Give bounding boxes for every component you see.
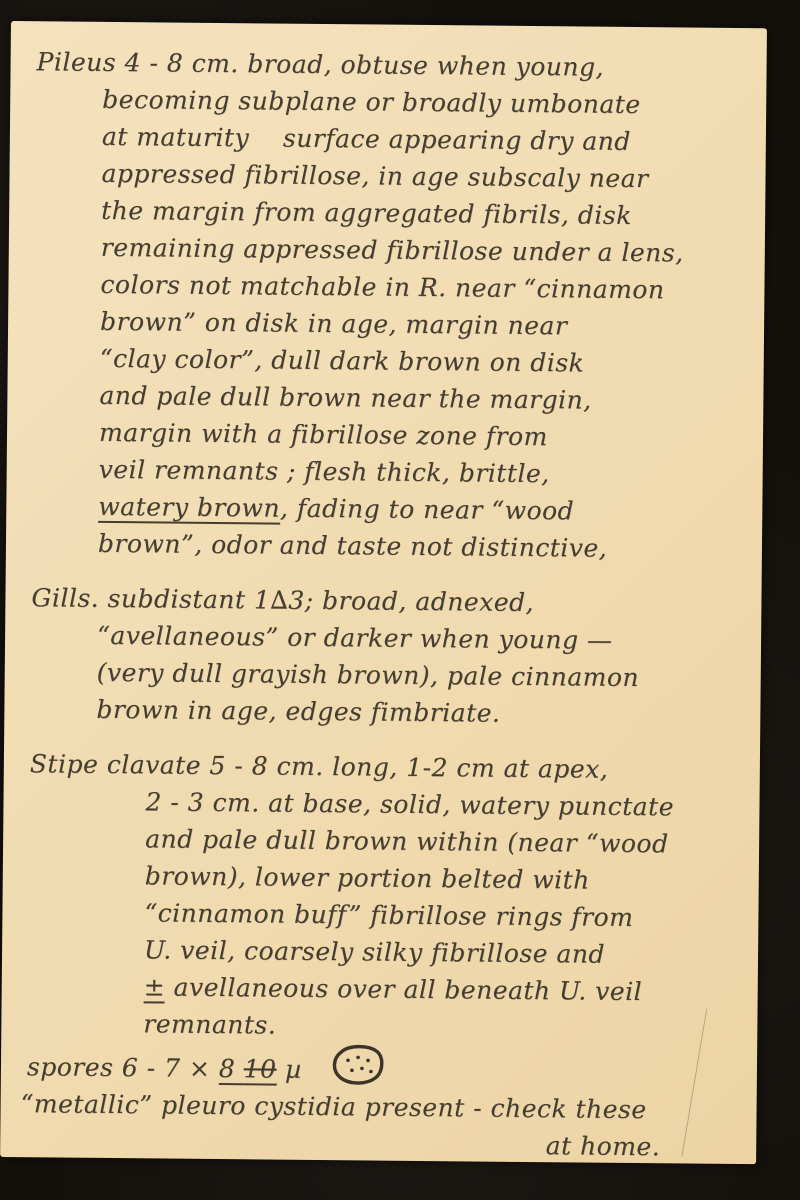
gills-section: Gills. subdistant 1∆3; broad, adnexed, “… bbox=[24, 579, 743, 734]
note-line: at home. bbox=[20, 1122, 738, 1166]
note-line-text: avellaneous over all beneath U. veil bbox=[165, 973, 642, 1007]
note-line-text: µ bbox=[276, 1055, 301, 1084]
spores-line: spores 6 - 7 × 8 10 µ bbox=[21, 1041, 739, 1092]
note-line-text: spores 6 - 7 × bbox=[27, 1052, 219, 1083]
note-line-text: , fading to near “wood bbox=[280, 494, 574, 526]
underlined-phrase: watery brown bbox=[98, 492, 280, 525]
spore-sketch-icon bbox=[328, 1044, 386, 1087]
underlined-measurement: 8 bbox=[219, 1054, 244, 1085]
spores-section: spores 6 - 7 × 8 10 µ bbox=[21, 1041, 739, 1092]
note-card: Pileus 4 - 8 cm. broad, obtuse when youn… bbox=[0, 21, 767, 1164]
note-line: brown”, odor and taste not distinctive, bbox=[26, 524, 744, 568]
struck-number: 10 bbox=[244, 1054, 277, 1085]
pileus-section: Pileus 4 - 8 cm. broad, obtuse when youn… bbox=[26, 43, 749, 568]
underlined-plusminus: ± bbox=[144, 972, 166, 1003]
stipe-section: Stipe clavate 5 - 8 cm. long, 1-2 cm at … bbox=[21, 745, 742, 1048]
note-line: “metallic” pleuro cystidia present - che… bbox=[20, 1085, 738, 1129]
note-line: Stipe clavate 5 - 8 cm. long, 1-2 cm at … bbox=[24, 745, 742, 789]
footnote-section: “metallic” pleuro cystidia present - che… bbox=[20, 1085, 739, 1166]
note-line: brown in age, edges fimbriate. bbox=[24, 690, 742, 734]
